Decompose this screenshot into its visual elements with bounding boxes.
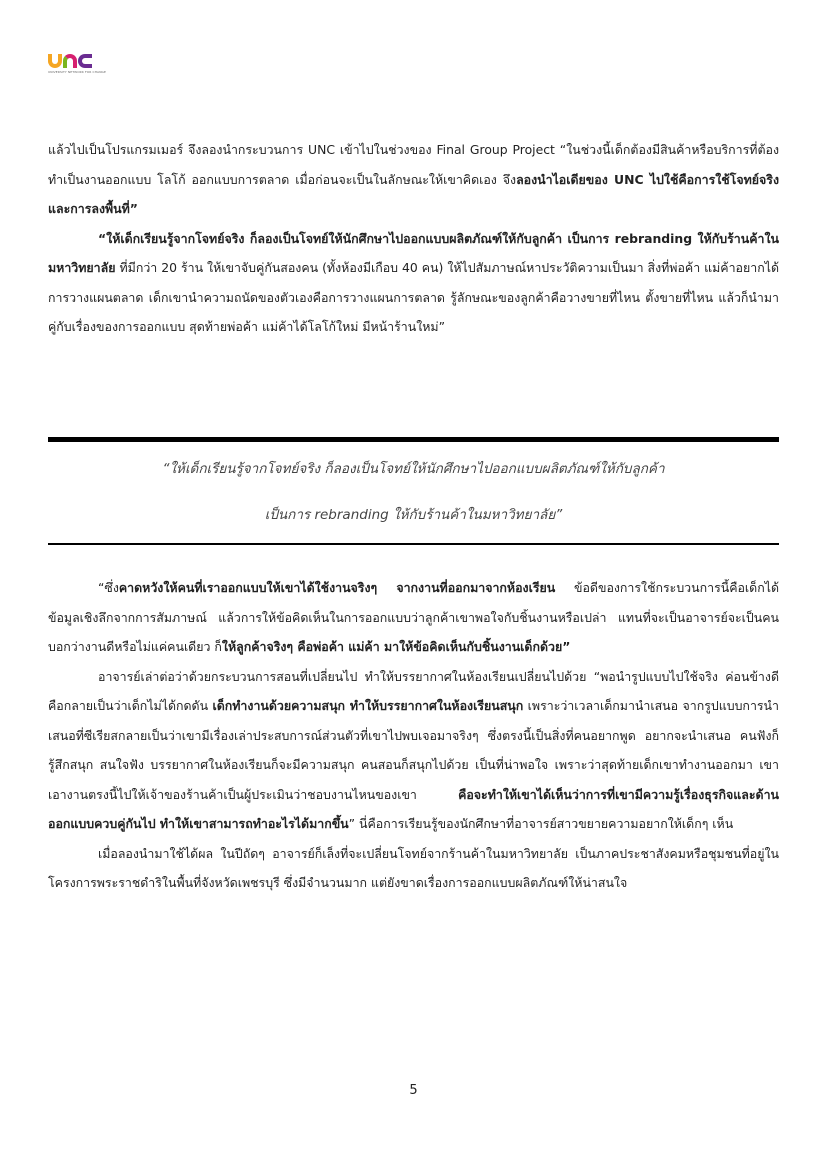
unc-logo-mark bbox=[48, 48, 98, 68]
pull-quote-line-1: “ให้เด็กเรียนรู้จากโจทย์จริง ก็ลองเป็นโจ… bbox=[48, 457, 779, 479]
page-number: 5 bbox=[0, 1083, 827, 1098]
pull-quote: “ให้เด็กเรียนรู้จากโจทย์จริง ก็ลองเป็นโจ… bbox=[48, 437, 779, 545]
paragraph-5: เมื่อลองนำมาใช้ได้ผล ในปีถัดๆ อาจารย์ก็เ… bbox=[48, 839, 779, 898]
logo-subtitle: UNIVERSITY NETWORK FOR CHANGE bbox=[48, 70, 98, 74]
paragraph-2: “ให้เด็กเรียนรู้จากโจทย์จริง ก็ลองเป็นโจ… bbox=[48, 224, 779, 342]
body-section-1: แล้วไปเป็นโปรแกรมเมอร์ จึงลองนำกระบวนการ… bbox=[48, 135, 779, 342]
paragraph-1: แล้วไปเป็นโปรแกรมเมอร์ จึงลองนำกระบวนการ… bbox=[48, 135, 779, 224]
logo-letter-u bbox=[48, 54, 62, 68]
divider-thin bbox=[48, 543, 779, 545]
unc-logo: UNIVERSITY NETWORK FOR CHANGE bbox=[48, 48, 98, 78]
logo-letter-c bbox=[78, 54, 92, 68]
paragraph-4: อาจารย์เล่าต่อว่าด้วยกระบวนการสอนที่เปลี… bbox=[48, 662, 779, 839]
body-section-2: “ซึ่งคาดหวังให้คนที่เราออกแบบให้เขาได้ใช… bbox=[48, 573, 779, 898]
logo-letter-n bbox=[63, 54, 77, 68]
divider-thick bbox=[48, 437, 779, 442]
paragraph-3: “ซึ่งคาดหวังให้คนที่เราออกแบบให้เขาได้ใช… bbox=[48, 573, 779, 662]
pull-quote-line-2: เป็นการ rebranding ให้กับร้านค้าในมหาวิท… bbox=[48, 503, 779, 525]
